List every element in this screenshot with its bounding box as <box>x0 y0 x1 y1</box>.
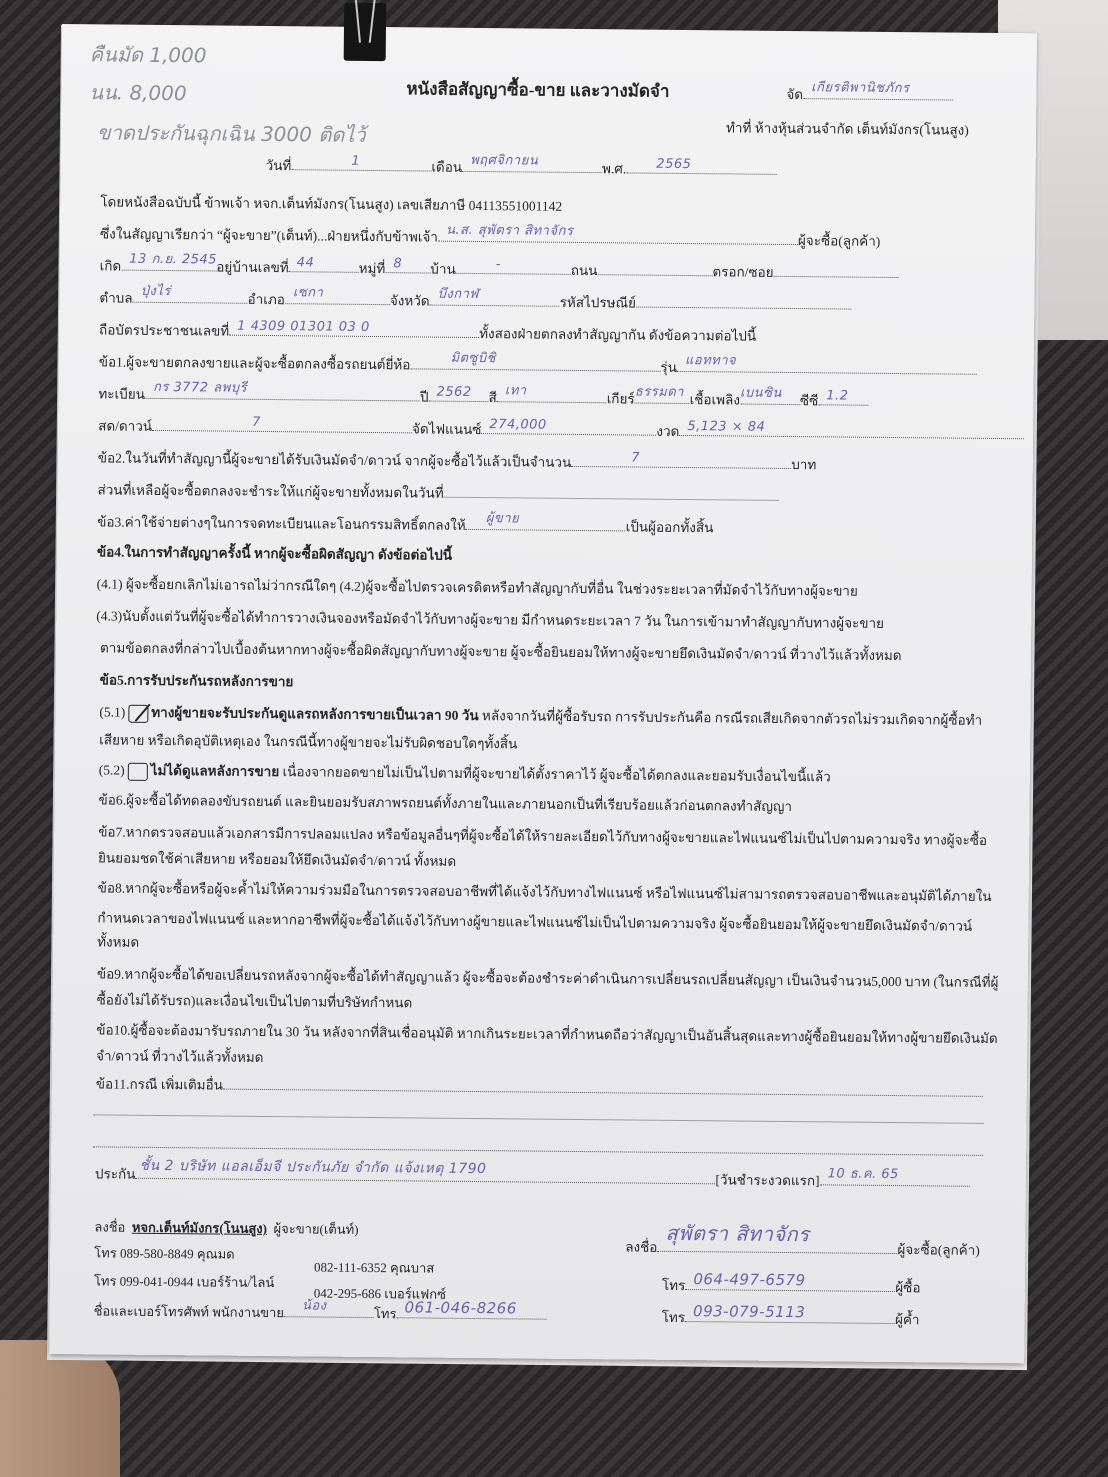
clause-8b: กำหนดเวลาของไฟแนนซ์ และหากอาชีพที่ผู้จะซ… <box>97 906 972 936</box>
clause-4-title: ข้อ4.ในการทำสัญญาครั้งนี้ หากผู้จะซื้อผิ… <box>97 540 452 565</box>
date-line: วันที่1เดือนพฤศจิกายนพ.ศ.2565 <box>266 154 777 181</box>
seller-phone-3: โทร 099-041-0944 เบอร์ร้าน/ไลน์ <box>94 1270 275 1293</box>
clause-9b: ซื้อยังไม่ได้รับรถ)และเงื่อนไขเป็นไปตามท… <box>97 988 413 1013</box>
year-value: 2565 <box>656 157 691 172</box>
clause-2a: ข้อ2.ในวันที่ทำสัญญานี้ผู้จะขายได้รับเงิ… <box>98 446 817 475</box>
clause-5-title: ข้อ5.การรับประกันรถหลังการขาย <box>100 668 294 692</box>
clause-4-3a: (4.3)นับตั้งแต่วันที่ผู้จะซื้อได้ทำการวา… <box>96 604 884 634</box>
month-value: พฤศจิกายน <box>470 149 538 171</box>
salesperson-name: น้อง <box>302 1294 327 1315</box>
insurance-line: ประกันชั้น 2 บริษัท แอลเอ็มจี ประกันภัย … <box>95 1162 970 1192</box>
buyer-line: ซึ่งในสัญญาเรียกว่า “ผู้จะขาย”(เต็นท์)..… <box>100 222 881 251</box>
moo: 8 <box>393 256 402 271</box>
buyer-signature: สุพัตรา สิทาจักร <box>665 1217 809 1250</box>
clause-10b: จำ/ดาวน์ ที่วางไว้แล้วทั้งหมด <box>96 1044 264 1068</box>
clause-4-1: (4.1) ผู้จะซื้อยกเลิกไม่เอารถไม่ว่ากรณีใ… <box>97 572 858 601</box>
blank-line-1 <box>94 1114 984 1124</box>
clause-10a: ข้อ10.ผู้ซื้อจะต้องมารับรถภายใน 30 วัน ห… <box>96 1018 998 1049</box>
salesperson-phone: 061-046-8266 <box>404 1298 516 1317</box>
car-cc: 1.2 <box>826 388 848 403</box>
car-fuel: เบนซิน <box>740 382 782 403</box>
clause-8a: ข้อ8.หากผู้จะซื้อหรือผู้จะค้ำไม่ให้ความร… <box>98 876 992 907</box>
address-line-2: ตำบลปุ่งไร่อำเภอเซกาจังหวัดบึงกาฬรหัสไปร… <box>99 286 851 315</box>
issued-by: จัดเกียรติพานิชภักร <box>786 83 953 107</box>
car-color: เทา <box>505 379 527 400</box>
contract-document: คืนมัด 1,000 นน. 8,000 ขาดประกันฉุกเฉิน … <box>49 24 1037 1363</box>
clause-3: ข้อ3.ค่าใช้จ่ายต่างๆในการจดทะเบียนและโอน… <box>97 510 713 538</box>
binder-clip-icon <box>344 3 387 61</box>
insurance-value: ชั้น 2 บริษัท แอลเอ็มจี ประกันภัย จำกัด … <box>139 1155 486 1180</box>
finance-amount: 274,000 <box>489 417 546 433</box>
guarantor-phone-line: โทร093-079-5113ผู้ค้ำ <box>662 1306 920 1330</box>
district: เซกา <box>293 281 324 302</box>
clause-8c: ทั้งหมด <box>97 930 139 952</box>
subdistrict: ปุ่งไร่ <box>141 280 171 301</box>
address-line-1: เกิด13 ก.ย. 2545อยู่บ้านเลขที่44หมู่ที่8… <box>100 254 899 284</box>
fee-payer: ผู้ขาย <box>486 507 520 528</box>
seller-signature: ลงชื่อ หจก.เต็นท์มังกร(โนนสูง) ผู้จะขาย(… <box>94 1216 358 1240</box>
pencil-note-3: ขาดประกันฉุกเฉิน 3000 ติดไว้ <box>97 116 366 151</box>
installment: 5,123 × 84 <box>687 419 765 435</box>
house-no: 44 <box>297 255 315 270</box>
clause-6: ข้อ6.ผู้จะซื้อได้ทดลองขับรถยนต์ และยินยอ… <box>98 788 792 817</box>
clause-7b: ยินยอมชดใช้ค่าเสียหาย หรือยอมให้ยึดเงินม… <box>98 846 456 871</box>
down-payment: 7 <box>252 415 261 430</box>
pencil-note-2: นน. 8,000 <box>89 76 187 109</box>
province: บึงกาฬ <box>438 283 479 304</box>
car-details: ทะเบียนกร 3772 ลพบุรีปี2562สีเทาเกียร์ธร… <box>98 382 868 411</box>
village: - <box>496 257 501 272</box>
clause-4-3b: ตามข้อตกลงที่กล่าวไปเบื้องต้นหากทางผู้จะ… <box>100 636 902 666</box>
clause-5-1-cont: เสียหาย หรือเกิดอุบัติเหตุเอง ในกรณีนี้ท… <box>99 728 517 754</box>
background-leg <box>0 1340 120 1477</box>
car-year: 2562 <box>436 385 471 400</box>
salesperson-line: ชื่อและเบอร์โทรศัพท์ พนักงานขายน้องโทร06… <box>94 1300 547 1325</box>
clause-7a: ข้อ7.หากตรวจสอบแล้วเอกสารมีการปลอมแปลง ห… <box>98 820 987 851</box>
first-due-date: 10 ธ.ค. 65 <box>828 1162 899 1184</box>
warranty-90-days-checkbox[interactable] <box>128 705 148 723</box>
buyer-signature-line: ลงชื่อสุพัตรา สิทาจักรผู้จะซื้อ(ลูกค้า) <box>625 1235 980 1260</box>
buyer-phone-line: โทร064-497-6579ผู้ซื้อ <box>662 1274 921 1298</box>
clause-5-2: (5.2)ไม่ได้ดูแลหลังการขาย เนื่องจากยอดขา… <box>99 758 831 787</box>
blank-line-2 <box>93 1146 983 1156</box>
id-number: 1 4309 01301 03 0 <box>237 319 370 335</box>
day-value: 1 <box>351 154 360 169</box>
buyer-name: น.ส. สุพัตรา สิทาจักร <box>446 219 574 241</box>
buyer-phone: 064-497-6579 <box>693 1270 805 1289</box>
clause-2b: ส่วนที่เหลือผู้จะซื้อตกลงจะชำระให้แก่ผู้… <box>97 478 778 507</box>
no-warranty-checkbox[interactable] <box>128 763 148 781</box>
birth-date: 13 ก.ย. 2545 <box>129 248 217 270</box>
place: ทำที่ ห้างหุ้นส่วนจำกัด เต็นท์มังกร(โนนส… <box>726 116 969 140</box>
intro-text: โดยหนังสือฉบับนี้ ข้าพเจ้า หจก.เต็นท์มัง… <box>100 190 562 216</box>
car-gear: ธรรมดา <box>635 381 684 402</box>
car-brand: มิตซูบิชิ <box>450 347 496 368</box>
id-line: ถือบัตรประชาชนเลขที่1 4309 01301 03 0ทั้… <box>99 318 756 346</box>
clause-11: ข้อ11.กรณี เพิ่มเติมอื่น <box>96 1072 983 1103</box>
seller-phone-2: 082-111-6352 คุณบาส <box>314 1256 434 1278</box>
guarantor-phone: 093-079-5113 <box>693 1302 805 1321</box>
car-plate: กร 3772 ลพบุรี <box>153 376 247 398</box>
seller-phone-1: โทร 089-580-8849 คุณมด <box>94 1242 235 1264</box>
clause-5-1: (5.1)ทางผู้ขายจะรับประกันดูแลรถหลังการขา… <box>99 700 982 730</box>
car-model: แอททาจ <box>685 349 736 370</box>
pencil-note-1: คืนมัด 1,000 <box>90 38 207 71</box>
payment-line: สด/ดาวน์7จัดไฟแนนซ์274,000งวด5,123 × 84 <box>98 414 1024 445</box>
issued-by-value: เกียรติพานิชภักร <box>811 76 910 98</box>
clause-9a: ข้อ9.หากผู้จะซื้อได้ขอเปลี่ยนรถหลังจากผู… <box>97 962 999 993</box>
document-title: หนังสือสัญญาซื้อ-ขาย และวางมัดจำ <box>406 75 669 105</box>
deposit-amount: 7 <box>631 450 640 465</box>
